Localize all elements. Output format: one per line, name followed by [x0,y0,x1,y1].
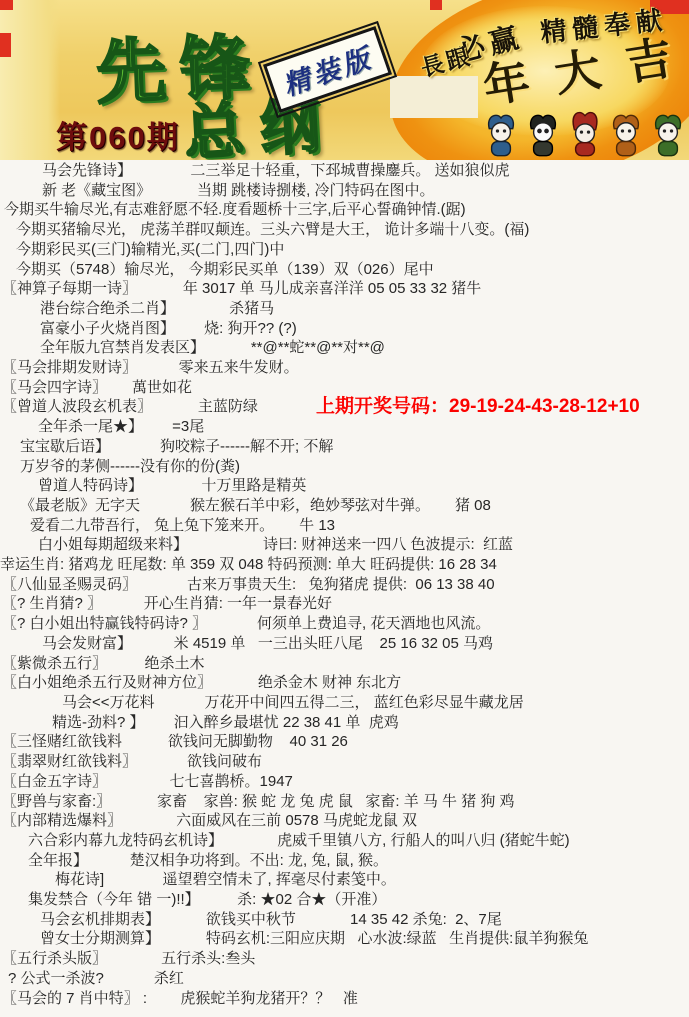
text-line: 全年版九宫禁肖发表区】 **@**蛇**@**对**@ [0,338,689,358]
mascot-orange-icon [607,111,645,158]
text-line: 今期彩民买(三门)输精光,买(二门,四门)中 [0,240,689,260]
text-line: 〖白金五字诗〗 七七喜鹊桥。1947 [0,772,689,792]
content-lines: 马会先锋诗】 二三举足十轻重，下邳城曹操鏖兵。 送如狼似虎新 老《藏宝图》 当期… [0,161,689,1008]
text-line: 〖五行杀头版〗 五行杀头:叁头 [0,949,689,969]
text-line: 〖? 生肖猜? 〗 开心生肖猜: 一年一景春光好 [0,594,689,614]
tip-sheet-page: 先锋 总纲 精装版 精髓奉献 必赢 長跟 年大吉 第060期 [0,0,689,1017]
text-line: ? 公式一杀波? 杀红 [0,969,689,989]
text-line: 宝宝歇后语】 狗咬粽子------解不开; 不解 [0,437,689,457]
text-line: 今期买（5748）输尽光， 今期彩民买单（139）双（026）尾中 [0,260,689,280]
text-line: 〖白小姐绝杀五行及财神方位〗 绝杀金木 财神 东北方 [0,673,689,693]
text-line: 全年报】 楚汉相争功将到。不出: 龙, 兔, 鼠, 猴。 [0,851,689,871]
text-line: 〖八仙显圣赐灵码〗 古来万事贵天生: 兔狗猪虎 提供: 06 13 38 40 [0,575,689,595]
text-line: 〖马会的 7 肖中特〗 : 虎猴蛇羊狗龙猪开？？ 准 [0,989,689,1009]
text-line: 今期买牛输尽光,有志难舒愿不轻.度看题桥十三字,后平心誓确钟情.(踞) [0,200,689,220]
issue-number: 第060期 [56,112,180,157]
text-line: 马会玄机排期表】 欲钱买中秋节 14 35 42 杀兔: 2、7尾 [0,910,689,930]
text-line: 六合彩内幕九龙特码玄机诗】 虎威千里镇八方, 行船人的叫八归 (猪蛇牛蛇) [0,831,689,851]
text-line: 曾道人特码诗】 十万里路是精英 [0,476,689,496]
text-line: 〖神算子每期一诗〗 年 3017 单 马儿成亲喜洋洋 05 05 33 32 猪… [0,279,689,299]
red-mark-top-middle [430,0,442,10]
text-line: 〖野兽与家畜:〗 家畜 家兽: 猴 蛇 龙 兔 虎 鼠 家畜: 羊 马 牛 猪 … [0,792,689,812]
text-line: 全年杀一尾★】 =3尾 [0,417,689,437]
text-line: 曾女士分期测算】 特码玄机:三阳应庆期 心水波:绿蓝 生肖提供:鼠羊狗猴兔 [0,929,689,949]
mascot-flame-icon [566,111,604,158]
mascot-row [482,110,687,158]
text-line: 〖? 白小姐出特赢钱特码诗? 〗 何须单上费追寻, 花天酒地也风流。 [0,614,689,634]
text-line: 〖马会排期发财诗〗 零来五来牛发财。 [0,358,689,378]
text-line: 精选-劲料? 】 汩入醉乡最堪忧 22 38 41 单 虎鸡 [0,713,689,733]
text-line: 万岁爷的茅侧------没有你的份(粪) [0,457,689,477]
text-line: 梅花诗] 遥望碧空情未了, 挥毫尽付素笺中。 [0,870,689,890]
text-line: 白小姐每期超级来料】 诗曰: 财神送来一四八 色波提示: 红蓝 [0,535,689,555]
text-line: 新 老《藏宝图》 当期 跳楼诗捌楼, 冷门特码在图中。 [0,181,689,201]
text-line: 〖紫微杀五行〗 绝杀土木 [0,654,689,674]
red-mark-left-edge [0,33,11,57]
text-line: 〖翡翠财红欲钱料〗 欲钱问破布 [0,752,689,772]
header-left-highlight [0,0,60,160]
text-line: 富豪小子火烧肖图】 烧: 狗开?? (?) [0,319,689,339]
mascot-green-icon [649,111,687,158]
previous-draw-result: 上期开奖号码：29-19-24-43-28-12+10 [316,391,640,418]
text-line: 《最老版》无字天 猴左猴石羊中彩，绝妙琴弦对牛弹。 猪 08 [0,496,689,516]
text-line: 港台综合绝杀二肖】 杀猪马 [0,299,689,319]
red-mark-top-left [0,0,13,10]
edition-badge-label: 精装版 [279,43,377,102]
text-line: 〖内部精选爆料〗 六面威风在三前 0578 马虎蛇龙鼠 双 [0,811,689,831]
text-line: 幸运生肖: 猪鸡龙 旺尾数: 单 359 双 048 特码预测: 单大 旺码提供… [0,555,689,575]
text-line: 〖三怪赌红欲钱料 欲钱问无脚勤物 40 31 26 [0,732,689,752]
text-line: 马会先锋诗】 二三举足十轻重，下邳城曹操鏖兵。 送如狼似虎 [0,161,689,181]
header: 先锋 总纲 精装版 精髓奉献 必赢 長跟 年大吉 第060期 [0,0,689,160]
text-line: 集发禁合（今年 错 一)!!】 杀: ★02 合★（开准） [0,890,689,910]
mascot-panda-icon [524,111,562,158]
text-line: 今期买猪输尽光， 虎荡羊群叹颠连。三头六臂是大王， 诡计多端十八变。(福) [0,220,689,240]
text-line: 爱看二九带吾行， 兔上兔下笼来开。 牛 13 [0,516,689,536]
blanked-area [390,76,478,118]
text-line: 马会发财富】 米 4519 单 一三出头旺八尾 25 16 32 05 马鸡 [0,634,689,654]
mascot-blue-icon [482,111,520,158]
text-line: 马会<<万花料 万花开中间四五得二三， 蓝红色彩尽显牛藏龙居 [0,693,689,713]
